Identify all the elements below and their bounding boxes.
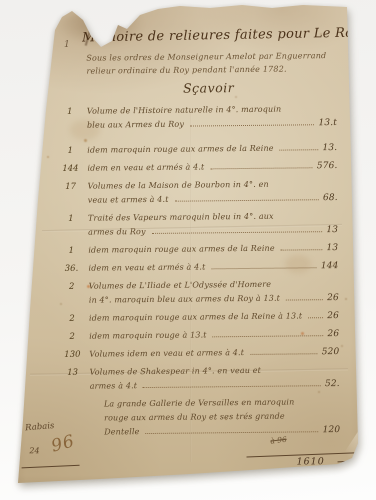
margin-note-flourish: 96: [49, 431, 77, 456]
manuscript-content: Memoire de relieures faites pour Le Roy …: [52, 27, 342, 444]
manuscript-paper: 2 1 Memoire de relieures faites pour Le …: [0, 0, 376, 500]
price: 26: [327, 309, 341, 323]
dotted-leader: [286, 299, 323, 300]
description-line: idem maroquin rouge aux armes de la Rein…: [88, 241, 340, 258]
ledger-row: 13 Volumes de Shakespear in 4°. en veau …: [56, 363, 342, 394]
description-text: bleu aux Armes du Roy: [87, 118, 184, 133]
dotted-leader: [146, 431, 319, 434]
strikethrough-note: à 96: [270, 435, 287, 446]
section-heading: Sçavoir: [53, 79, 339, 97]
price: 26: [327, 327, 341, 341]
description-line: Volumes idem en veau et armes à 4.t 520: [89, 345, 341, 362]
quantity: 2: [55, 330, 89, 344]
ledger-row: 2 idem maroquin rouge à 13.t 26: [55, 327, 341, 344]
ledger-row: 1 Volume de l'Histoire naturelle in 4°. …: [53, 102, 339, 133]
foxing-spot: [47, 156, 49, 158]
description-text: in 4°. maroquin bleu aux armes du Roy à …: [89, 292, 280, 308]
dotted-leader: [175, 199, 319, 202]
price: 120: [322, 423, 342, 437]
quantity: 2: [55, 312, 89, 326]
description-text: idem maroquin rouge aux armes de la Rein…: [87, 142, 274, 158]
ledger-row: 130 Volumes idem en veau et armes à 4.t …: [55, 345, 341, 362]
ledger-row: 2 idem maroquin rouge aux armes de la Re…: [55, 309, 341, 326]
corner-ink-mark: 2: [49, 14, 56, 25]
margin-note-label: Rabais: [25, 421, 55, 433]
ledger-row: 1 idem maroquin rouge aux armes de la Re…: [53, 141, 339, 158]
ledger-row: 1 idem maroquin rouge aux armes de la Re…: [54, 241, 340, 258]
description-line: veau et armes à 4.t 68.: [88, 191, 340, 208]
quantity: 1: [53, 105, 87, 133]
total-dash: [338, 461, 356, 463]
dotted-leader: [280, 149, 319, 150]
margin-note-number: 24: [29, 446, 39, 455]
description-text: idem en veau et armés à 4.t: [87, 160, 204, 175]
ledger-row: 2 Volumes de L'Iliade et L'Odyssée d'Hom…: [55, 277, 341, 308]
description-line: bleu aux Armes du Roy 13.t: [87, 116, 339, 133]
description-line: idem maroquin rouge aux armes de la Rein…: [87, 141, 339, 158]
price: 13.t: [318, 116, 339, 130]
quantity: 17: [54, 180, 88, 208]
price: 13.: [322, 141, 339, 155]
description-text: armes du Roy: [88, 225, 146, 240]
ledger: 1 Volume de l'Histoire naturelle in 4°. …: [53, 102, 342, 440]
description-line: idem maroquin rouge aux armes de la Rein…: [89, 309, 341, 326]
subtitle-line: relieur ordinaire du Roy pendant l'année…: [86, 63, 338, 77]
paper-shadow: 2 1 Memoire de relieures faites pour Le …: [0, 0, 376, 500]
quantity: 1: [54, 244, 88, 258]
margin-note-underline: [22, 465, 80, 469]
description-text: armes à 4.t: [90, 379, 138, 393]
description-text: idem en veau et armés à 4.t: [88, 260, 205, 275]
dotted-leader: [213, 335, 324, 337]
quantity: 36.: [54, 262, 88, 276]
ledger-row: 1 Traité des Vapeurs maroquin bleu in 4°…: [54, 209, 340, 240]
total-value: 1610: [296, 456, 324, 467]
quantity: 144: [53, 162, 87, 176]
price: 13: [326, 223, 340, 237]
ledger-row: 144 idem en veau et armés à 4.t 576.: [53, 159, 339, 176]
price: 68.: [323, 191, 340, 205]
quantity: 130: [55, 348, 89, 362]
quantity: 13: [56, 366, 90, 394]
document-title: Memoire de relieures faites pour Le Roy: [52, 26, 338, 46]
description-text: idem maroquin rouge à 13.t: [89, 328, 207, 343]
price: 26: [327, 291, 341, 305]
margin-note: Rabais 24 96: [25, 413, 115, 433]
description-line: idem en veau et armés à 4.t 144: [88, 259, 340, 276]
description-text: Volumes idem en veau et armes à 4.t: [89, 346, 244, 362]
photograph-background: 2 1 Memoire de relieures faites pour Le …: [0, 0, 376, 500]
description-line: armes du Roy 13: [88, 223, 340, 240]
description-line: armes à 4.t 52.: [90, 377, 342, 394]
dotted-leader: [152, 231, 323, 234]
dotted-leader: [250, 353, 318, 355]
description-text: veau et armes à 4.t: [88, 193, 169, 208]
ledger-row: 36. idem en veau et armés à 4.t 144: [54, 259, 340, 276]
description-text: idem maroquin rouge aux armes de la Rein…: [88, 242, 275, 258]
dotted-leader: [210, 167, 312, 169]
foxing-spot: [345, 298, 347, 300]
ledger-row: 17 Volumes de la Maison de Bourbon in 4°…: [54, 177, 340, 208]
dotted-leader: [281, 249, 323, 250]
price: 13: [326, 241, 340, 255]
dotted-leader: [211, 267, 316, 269]
description-text: idem maroquin rouge aux armes de la Rein…: [89, 309, 302, 325]
description-line: idem en veau et armés à 4.t 576.: [87, 159, 339, 176]
quantity: 1: [54, 212, 88, 240]
price: 52.: [325, 377, 342, 391]
price: 576.: [317, 159, 340, 173]
dotted-leader: [190, 124, 314, 126]
description-line: in 4°. maroquin bleu aux armes du Roy à …: [89, 291, 341, 308]
subtitle-line: Sous les ordres de Monseigneur Amelot pa…: [86, 50, 338, 64]
description-line: Dentelle 120: [104, 423, 342, 439]
price: 144: [321, 259, 341, 273]
description-line: idem maroquin rouge à 13.t 26: [89, 327, 341, 344]
dotted-leader: [143, 385, 321, 388]
quantity: 2: [55, 280, 89, 308]
price: 520: [322, 345, 342, 359]
quantity: 1: [53, 144, 87, 158]
dotted-leader: [308, 317, 323, 318]
